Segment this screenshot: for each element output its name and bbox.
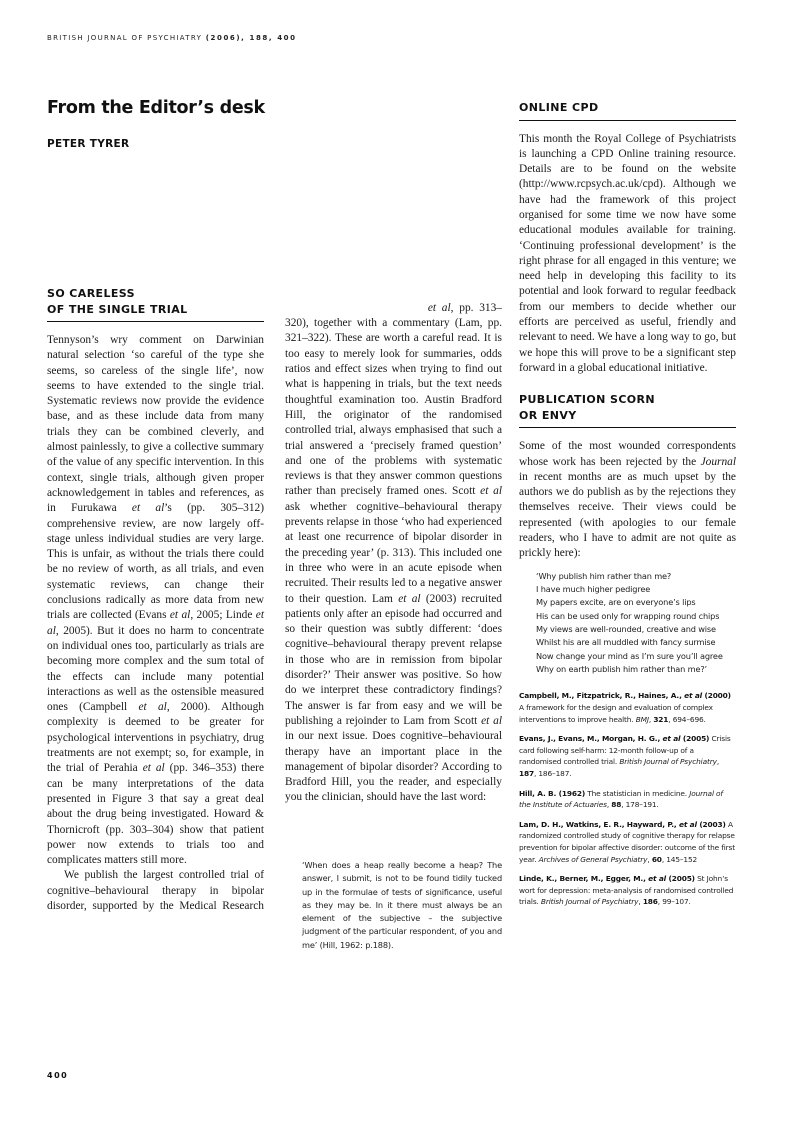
paragraph-careless-2-continued: We publish the largest controlled trial … bbox=[285, 255, 502, 853]
author-name: PETER TYRER bbox=[47, 138, 129, 150]
page-title: From the Editor’s desk bbox=[47, 98, 265, 118]
journal-citation: (2006), 188, 400 bbox=[206, 34, 297, 42]
running-head: BRITISH JOURNAL OF PSYCHIATRY (2006), 18… bbox=[47, 34, 297, 42]
section-heading-careless: SO CARELESS OF THE SINGLE TRIAL bbox=[47, 286, 264, 322]
reference-item: Linde, K., Berner, M., Egger, M., et al … bbox=[519, 873, 736, 908]
poem-line: My papers excite, are on everyone’s lips bbox=[536, 596, 736, 609]
poem-line: I have much higher pedigree bbox=[536, 583, 736, 596]
poem-line: Whilst his are all muddled with fancy su… bbox=[536, 636, 736, 649]
column-1: SO CARELESS OF THE SINGLE TRIAL Tennyson… bbox=[47, 286, 264, 914]
reference-item: Evans, J., Evans, M., Morgan, H. G., et … bbox=[519, 733, 736, 779]
paragraph-online-cpd: This month the Royal College of Psychiat… bbox=[519, 132, 736, 377]
column-2: We publish the largest controlled trial … bbox=[285, 286, 502, 952]
page-number: 400 bbox=[47, 1071, 68, 1080]
reference-item: Campbell, M., Fitzpatrick, R., Haines, A… bbox=[519, 690, 736, 725]
paragraph-careless-2: We publish the largest controlled trial … bbox=[47, 868, 264, 914]
reference-item: Lam, D. H., Watkins, E. R., Hayward, P.,… bbox=[519, 819, 736, 865]
column-3: ONLINE CPD This month the Royal College … bbox=[519, 100, 736, 916]
poem-line: ‘Why publish him rather than me? bbox=[536, 570, 736, 583]
section-heading-publication-scorn: PUBLICATION SCORN OR ENVY bbox=[519, 392, 736, 428]
section-heading-online-cpd: ONLINE CPD bbox=[519, 100, 736, 121]
poem-line: My views are well-rounded, creative and … bbox=[536, 623, 736, 636]
paragraph-careless-1: Tennyson’s wry comment on Darwinian natu… bbox=[47, 333, 264, 868]
reference-item: Hill, A. B. (1962) The statistician in m… bbox=[519, 788, 736, 811]
poem-line: His can be used only for wrapping round … bbox=[536, 610, 736, 623]
paragraph-publication-scorn: Some of the most wounded correspondents … bbox=[519, 439, 736, 561]
journal-name: BRITISH JOURNAL OF PSYCHIATRY bbox=[47, 34, 202, 42]
poem-line: Why on earth publish him rather than me?… bbox=[536, 663, 736, 676]
hill-quote: ‘When does a heap really become a heap? … bbox=[302, 859, 502, 952]
reference-list: Campbell, M., Fitzpatrick, R., Haines, A… bbox=[519, 690, 736, 908]
poem-line: Now change your mind as I’m sure you’ll … bbox=[536, 650, 736, 663]
poem: ‘Why publish him rather than me? I have … bbox=[536, 570, 736, 677]
